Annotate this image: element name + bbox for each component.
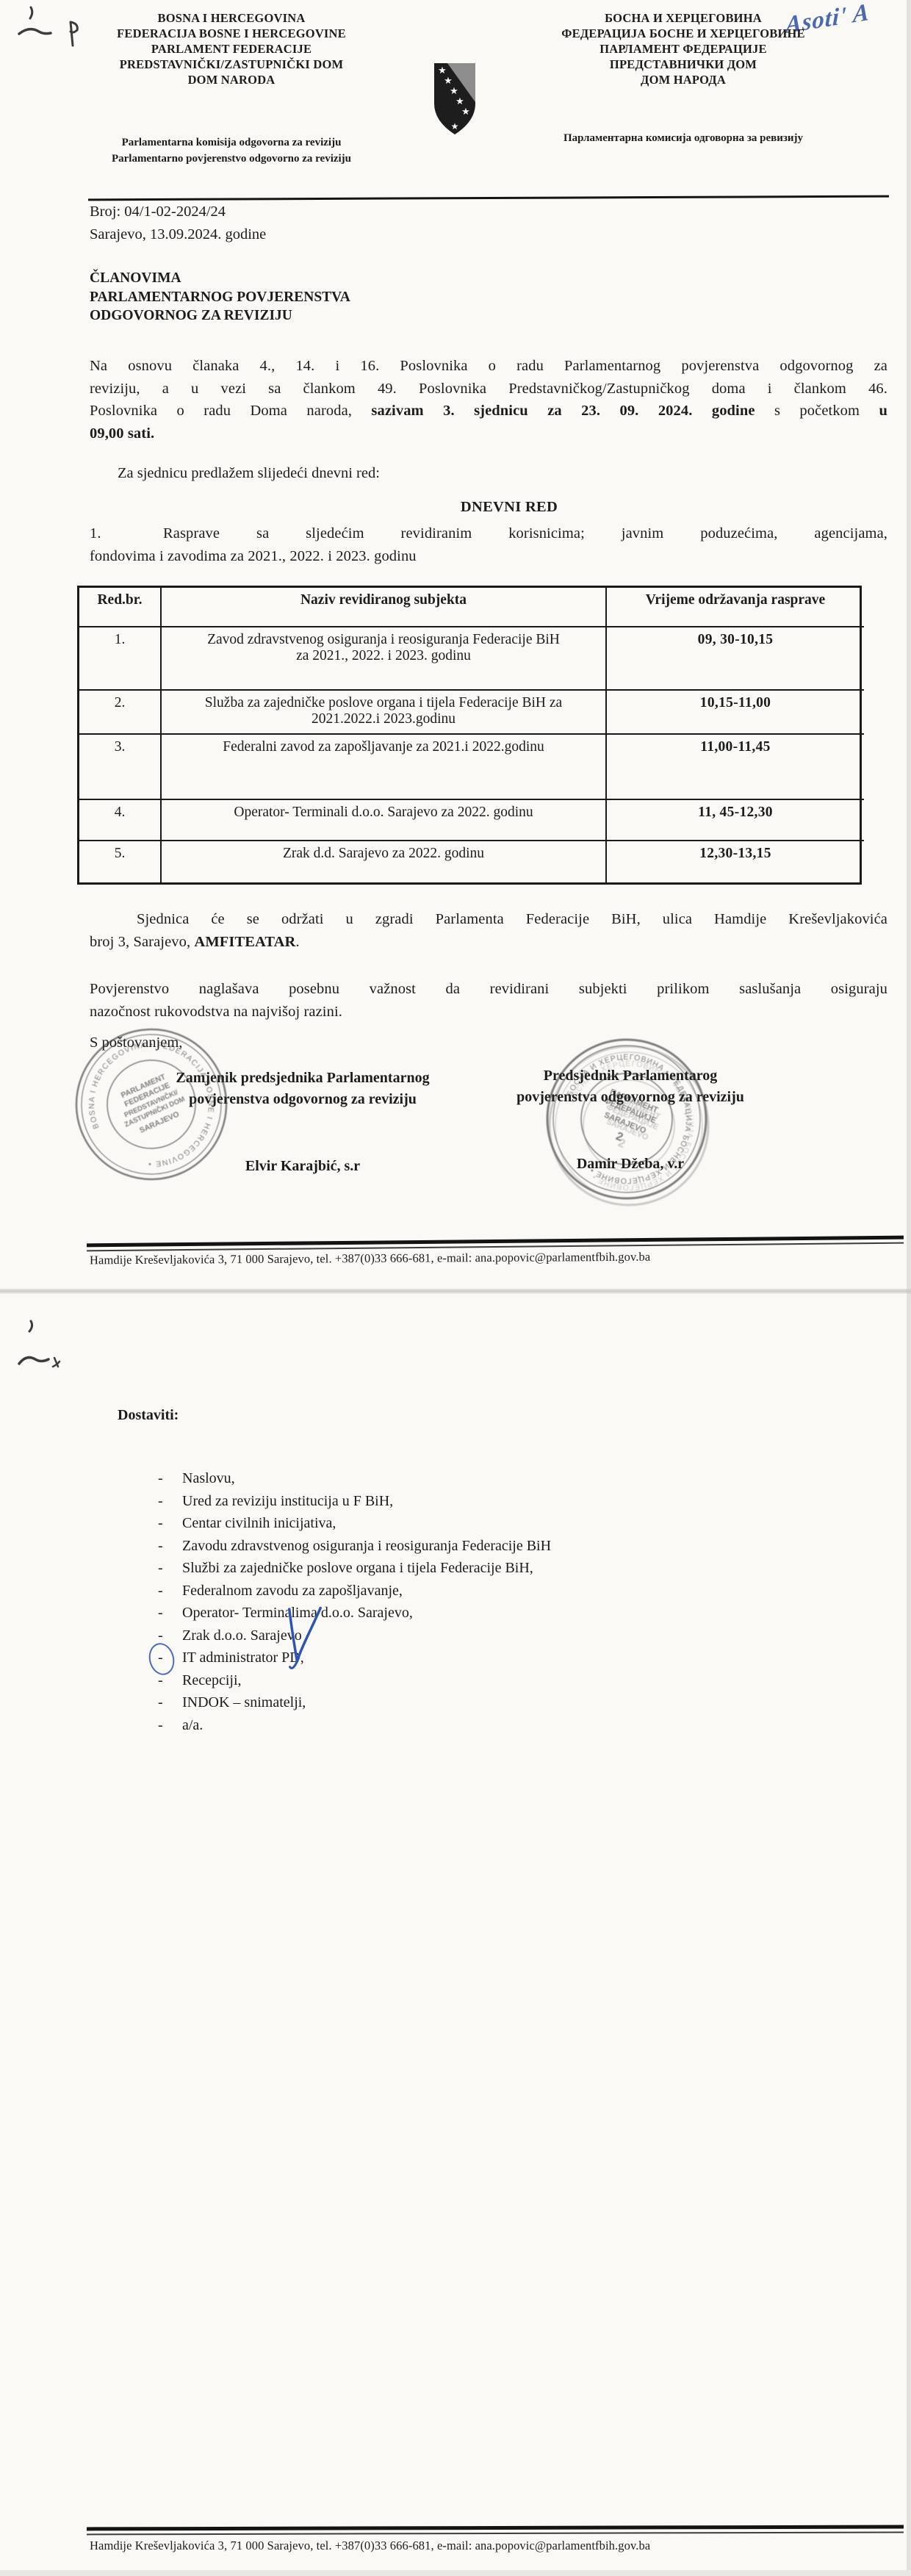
list-item: -INDOK – snimatelji, [158,1691,849,1714]
table-row-time: 11, 45-12,30 [607,800,864,841]
scan-edge [0,2570,911,2576]
table-row-time: 11,00-11,45 [607,735,864,800]
list-item-text: a/a. [182,1714,203,1737]
table-row-time: 10,15-11,00 [607,691,864,735]
table-row-number: 5. [79,841,162,882]
letterhead-line: ПРЕДСТАВНИЧКИ ДОМ [478,57,889,72]
list-item-text: Naslovu, [182,1467,235,1490]
letterhead-line: ПАРЛАМЕНТ ФЕДЕРАЦИЈЕ [478,41,889,57]
dash: - [158,1602,182,1625]
footer-address: Hamdije Kreševljakovića 3, 71 000 Saraje… [90,1250,650,1268]
reference-number: Broj: 04/1-02-2024/24 [90,204,226,220]
table-header-time: Vrijeme održavanja rasprave [607,588,864,627]
list-item: -Centar civilnih inicijativa, [158,1512,849,1535]
letterhead-line: PREDSTAVNIČKI/ZASTUPNIČKI DOM [44,57,419,72]
svg-text:★: ★ [450,85,458,96]
agenda-item-line: Rasprave sa sljedećim revidiranim korisn… [90,522,887,545]
list-item-text: Recepciji, [182,1669,242,1692]
list-item: -Zavodu zdravstvenog osiguranja i reosig… [158,1535,849,1558]
table-row-time: 12,30-13,15 [607,841,864,882]
start-time-bold: 09,00 sati. [90,425,154,442]
letterhead-line: ФЕДЕРАЦИЈА БОСНЕ И ХЕРЦЕГОВИНЕ [478,26,889,41]
agenda-title: DNEVNI RED [110,499,908,516]
agenda-item-1: 1. Rasprave sa sljedećim revidiranim kor… [90,522,887,567]
round-stamp-left: BOSNA I HERCEGOVINA • FEDERACIJA BOSNE I… [72,1025,231,1184]
intro-text: s početkom [755,403,879,419]
list-item-text: INDOK – snimatelji, [182,1691,306,1714]
emphasis-note: Povjerenstvo naglašava posebnu važnost d… [90,978,887,1023]
list-item: -Ured za reviziju institucija u F BiH, [158,1490,849,1513]
table-row-subject: Federalni zavod za zapošljavanje za 2021… [162,735,607,800]
committee-name-latin: Parlamentarna komisija odgovorna za revi… [44,134,419,167]
committee-name-cyrillic: Парламентарна комисија одговорна за реви… [478,130,889,146]
intro-bold: u [879,403,887,419]
intro-paragraph: Na osnovu članaka 4., 14. i 16. Poslovni… [90,355,887,445]
table-row-number: 3. [79,735,162,800]
pen-marks-page2 [13,1315,94,1381]
svg-text:★: ★ [444,75,453,86]
scan-edge [907,0,911,2576]
venue-paragraph: Sjednica će se održati u zgradi Parlamen… [90,908,887,953]
letterhead-line: BOSNA I HERCEGOVINA [44,10,419,26]
table-row-number: 4. [79,800,162,841]
letterhead-line: БОСНА И ХЕРЦЕГОВИНА [478,10,889,26]
addressee-line: ČLANOVIMA [90,269,350,288]
distribution-title: Dostaviti: [118,1407,179,1424]
letterhead-line: ДОМ НАРОДА [478,72,889,87]
agenda-table: Red.br. Naziv revidiranog subjekta Vrije… [77,586,862,885]
letterhead-cyrillic: БОСНА И ХЕРЦЕГОВИНА ФЕДЕРАЦИЈА БОСНЕ И Х… [478,10,889,87]
table-row-subject: Zavod zdravstvenog osiguranja i reosigur… [162,627,607,691]
dash: - [158,1490,182,1513]
page-break [0,1289,911,1294]
list-item: -Recepciji, [158,1669,849,1692]
session-call-bold: sazivam 3. sjednicu za 23. 09. 2024. god… [371,403,755,419]
footer-address: Hamdije Kreševljakovića 3, 71 000 Saraje… [90,2539,650,2553]
dash: - [158,1580,182,1602]
note-line: nazočnost rukovodstva na najvišoj razini… [90,1001,887,1023]
agenda-item-line: fondovima i zavodima za 2021., 2022. i 2… [90,545,887,568]
intro-line: reviziju, a u vezi sa člankom 49. Poslov… [90,378,887,400]
venue-line: Sjednica će se održati u zgradi Parlamen… [90,908,887,931]
committee-line: Parlamentarna komisija odgovorna za revi… [44,134,419,151]
list-item-it-admin: -IT administrator PD, [158,1647,849,1669]
list-item: -Federalnom zavodu za zapošljavanje, [158,1580,849,1602]
table-header-number: Red.br. [79,588,162,627]
date-line: Sarajevo, 13.09.2024. godine [90,226,266,243]
venue-hall-bold: AMFITEATAR [194,934,295,950]
list-item: -Službi za zajedničke poslove organa i t… [158,1557,849,1580]
dash: - [158,1691,182,1714]
addressee-line: ODGOVORNOG ZA REVIZIJU [90,306,350,325]
dash: - [158,1557,182,1580]
header-divider [88,195,889,201]
letterhead-line: FEDERACIJA BOSNE I HERCEGOVINE [44,26,419,41]
distribution-list: -Naslovu, -Ured za reviziju institucija … [158,1467,849,1736]
letterhead-line: DOM NARODA [44,72,419,87]
table-row-time: 09, 30-10,15 [607,627,864,691]
addressee-block: ČLANOVIMA PARLAMENTARNOG POVJERENSTVA OD… [90,269,350,325]
footer-rule [87,2525,904,2536]
pen-checkmark-annotation [278,1596,325,1677]
intro-text: Poslovnika o radu Doma naroda, [90,403,371,419]
table-row-subject: Služba za zajedničke poslove organa i ti… [162,691,607,735]
footer-rule [87,1236,904,1252]
list-item-text: Zavodu zdravstvenog osiguranja i reosigu… [182,1535,551,1558]
dash: - [158,1467,182,1490]
coat-of-arms-icon: ★ ★ ★ ★ ★ ★ [432,62,478,137]
agenda-item-number: 1. [90,522,101,545]
letterhead-line: PARLAMENT FEDERACIJE [44,41,419,57]
agenda-lead: Za sjednicu predlažem slijedeći dnevni r… [118,465,380,482]
svg-text:★: ★ [438,65,447,76]
intro-line: Poslovnika o radu Doma naroda, sazivam 3… [90,400,887,422]
table-row-number: 2. [79,691,162,735]
table-row-subject: Zrak d.d. Sarajevo za 2022. godinu [162,841,607,882]
svg-text:★: ★ [451,121,459,132]
list-item: -Operator- Terminalima d.o.o. Sarajevo, [158,1602,849,1625]
dash: - [158,1512,182,1535]
dash: - [158,1535,182,1558]
list-item: -Naslovu, [158,1467,849,1490]
list-item-text: Službi za zajedničke poslove organa i ti… [182,1557,533,1580]
committee-line: Parlamentarno povjerenstvo odgovorno za … [44,151,419,167]
venue-text: broj 3, Sarajevo, [90,934,194,950]
list-item: -Zrak d.o.o. Sarajevo [158,1625,849,1647]
list-item-text: Ured za reviziju institucija u F BiH, [182,1490,393,1513]
venue-text: . [295,934,299,950]
addressee-line: PARLAMENTARNOG POVJERENSTVA [90,288,350,307]
letterhead-latin: BOSNA I HERCEGOVINA FEDERACIJA BOSNE I H… [44,10,419,87]
intro-line: Na osnovu članaka 4., 14. i 16. Poslovni… [90,355,887,378]
list-item: -a/a. [158,1714,849,1737]
list-item-text: Centar civilnih inicijativa, [182,1512,336,1535]
scanned-document: Asoti' A BOSNA I HERCEGOVINA FEDERACIJA … [0,0,911,2576]
svg-text:★: ★ [455,96,464,107]
svg-text:★: ★ [461,106,470,117]
note-line: Povjerenstvo naglašava posebnu važnost d… [90,978,887,1001]
venue-line: broj 3, Sarajevo, AMFITEATAR. [90,931,887,954]
round-stamp-right: БОСНА И ХЕРЦЕГОВИНА • ФЕДЕРАЦИЈА БОСНЕ И… [542,1035,713,1215]
table-row-number: 1. [79,627,162,691]
table-header-subject: Naziv revidiranog subjekta [162,588,607,627]
table-row-subject: Operator- Terminali d.o.o. Sarajevo za 2… [162,800,607,841]
dash: - [158,1714,182,1737]
